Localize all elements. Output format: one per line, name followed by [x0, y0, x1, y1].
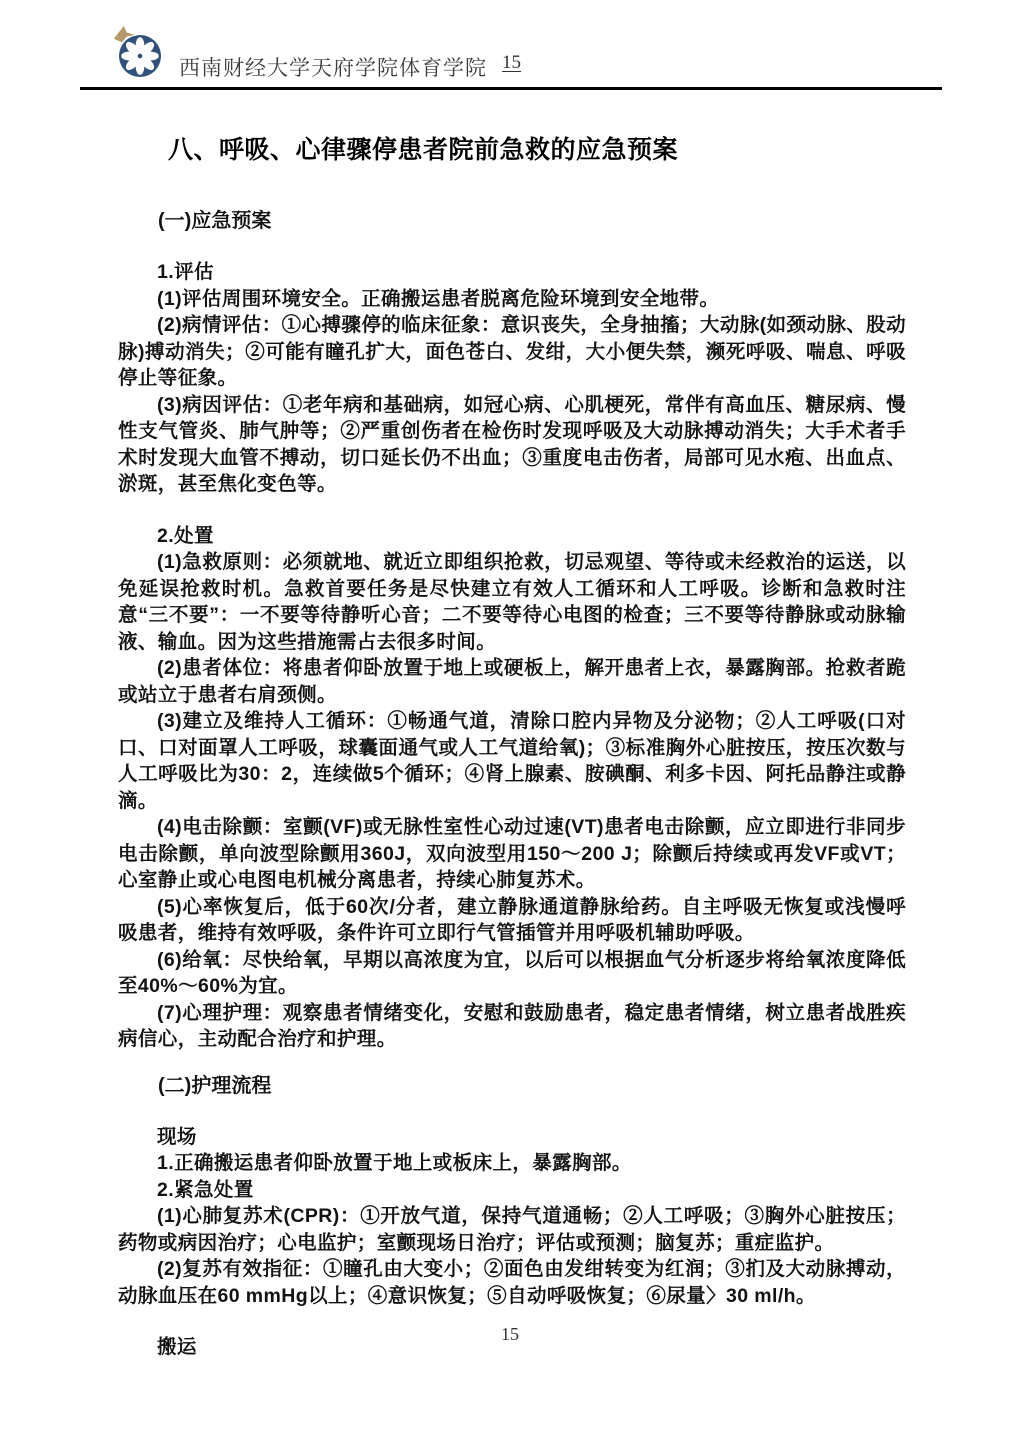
section-2-block-scene: 现场 1.正确搬运患者仰卧放置于地上或板床上，暴露胸部。 2.紧急处置 (1)心… [118, 1124, 906, 1310]
paragraph: (5)心率恢复后，低于60次/分者，建立静脉通道静脉给药。自主呼吸无恢复或浅慢呼… [118, 894, 906, 947]
paragraph: (4)电击除颤：室颤(VF)或无脉性室性心动过速(VT)患者电击除颤，应立即进行… [118, 814, 906, 894]
subsection-heading: 2.处置 [118, 523, 906, 550]
paragraph: (2)复苏有效指征：①瞳孔由大变小；②面色由发绀转变为红润；③扪及大动脉搏动，动… [118, 1256, 906, 1309]
subsection-heading: 1.评估 [118, 259, 906, 286]
paragraph: (2)病情评估：①心搏骤停的临床征象：意识丧失，全身抽搐；大动脉(如颈动脉、股动… [118, 312, 906, 392]
document-title: 八、呼吸、心律骤停患者院前急救的应急预案 [118, 134, 906, 166]
paragraph: (7)心理护理：观察患者情绪变化，安慰和鼓励患者，稳定患者情绪，树立患者战胜疾病… [118, 1000, 906, 1053]
footer-page-number: 15 [501, 1324, 519, 1344]
paragraph: (2)患者体位：将患者仰卧放置于地上或硬板上，解开患者上衣，暴露胸部。抢救者跪或… [118, 655, 906, 708]
paragraph: (1)评估周围环境安全。正确搬运患者脱离危险环境到安全地带。 [118, 286, 906, 313]
header-divider [80, 87, 942, 90]
university-logo-icon [110, 22, 166, 87]
page-footer: 15 [0, 1324, 1020, 1345]
paragraph: (3)建立及维持人工循环：①畅通气道，清除口腔内异物及分泌物；②人工呼吸(口对口… [118, 708, 906, 814]
paragraph: 1.正确搬运患者仰卧放置于地上或板床上，暴露胸部。 [118, 1150, 906, 1177]
subsection-heading: 2.紧急处置 [118, 1177, 906, 1204]
section-1-block-handling: 2.处置 (1)急救原则：必须就地、就近立即组织抢救，切忌观望、等待或未经救治的… [118, 523, 906, 1053]
subsection-heading: 现场 [118, 1124, 906, 1151]
section-2-heading: (二)护理流程 [118, 1073, 906, 1099]
paragraph: (1)心肺复苏术(CPR)：①开放气道，保持气道通畅；②人工呼吸；③胸外心脏按压… [118, 1203, 906, 1256]
document-body: 八、呼吸、心律骤停患者院前急救的应急预案 (一)应急预案 1.评估 (1)评估周… [118, 134, 906, 1361]
header-page-number: 15 [502, 52, 521, 74]
paragraph: (1)急救原则：必须就地、就近立即组织抢救，切忌观望、等待或未经救治的运送，以免… [118, 549, 906, 655]
header-institution: 西南财经大学天府学院体育学院 [179, 52, 487, 82]
section-1-heading: (一)应急预案 [118, 208, 906, 234]
document-page: 西南财经大学天府学院体育学院 15 八、呼吸、心律骤停患者院前急救的应急预案 (… [0, 0, 1020, 1430]
paragraph: (3)病因评估：①老年病和基础病，如冠心病、心肌梗死，常伴有高血压、糖尿病、慢性… [118, 392, 906, 498]
section-1-block-evaluation: 1.评估 (1)评估周围环境安全。正确搬运患者脱离危险环境到安全地带。 (2)病… [118, 259, 906, 498]
paragraph: (6)给氧：尽快给氧，早期以高浓度为宜，以后可以根据血气分析逐步将给氧浓度降低至… [118, 947, 906, 1000]
